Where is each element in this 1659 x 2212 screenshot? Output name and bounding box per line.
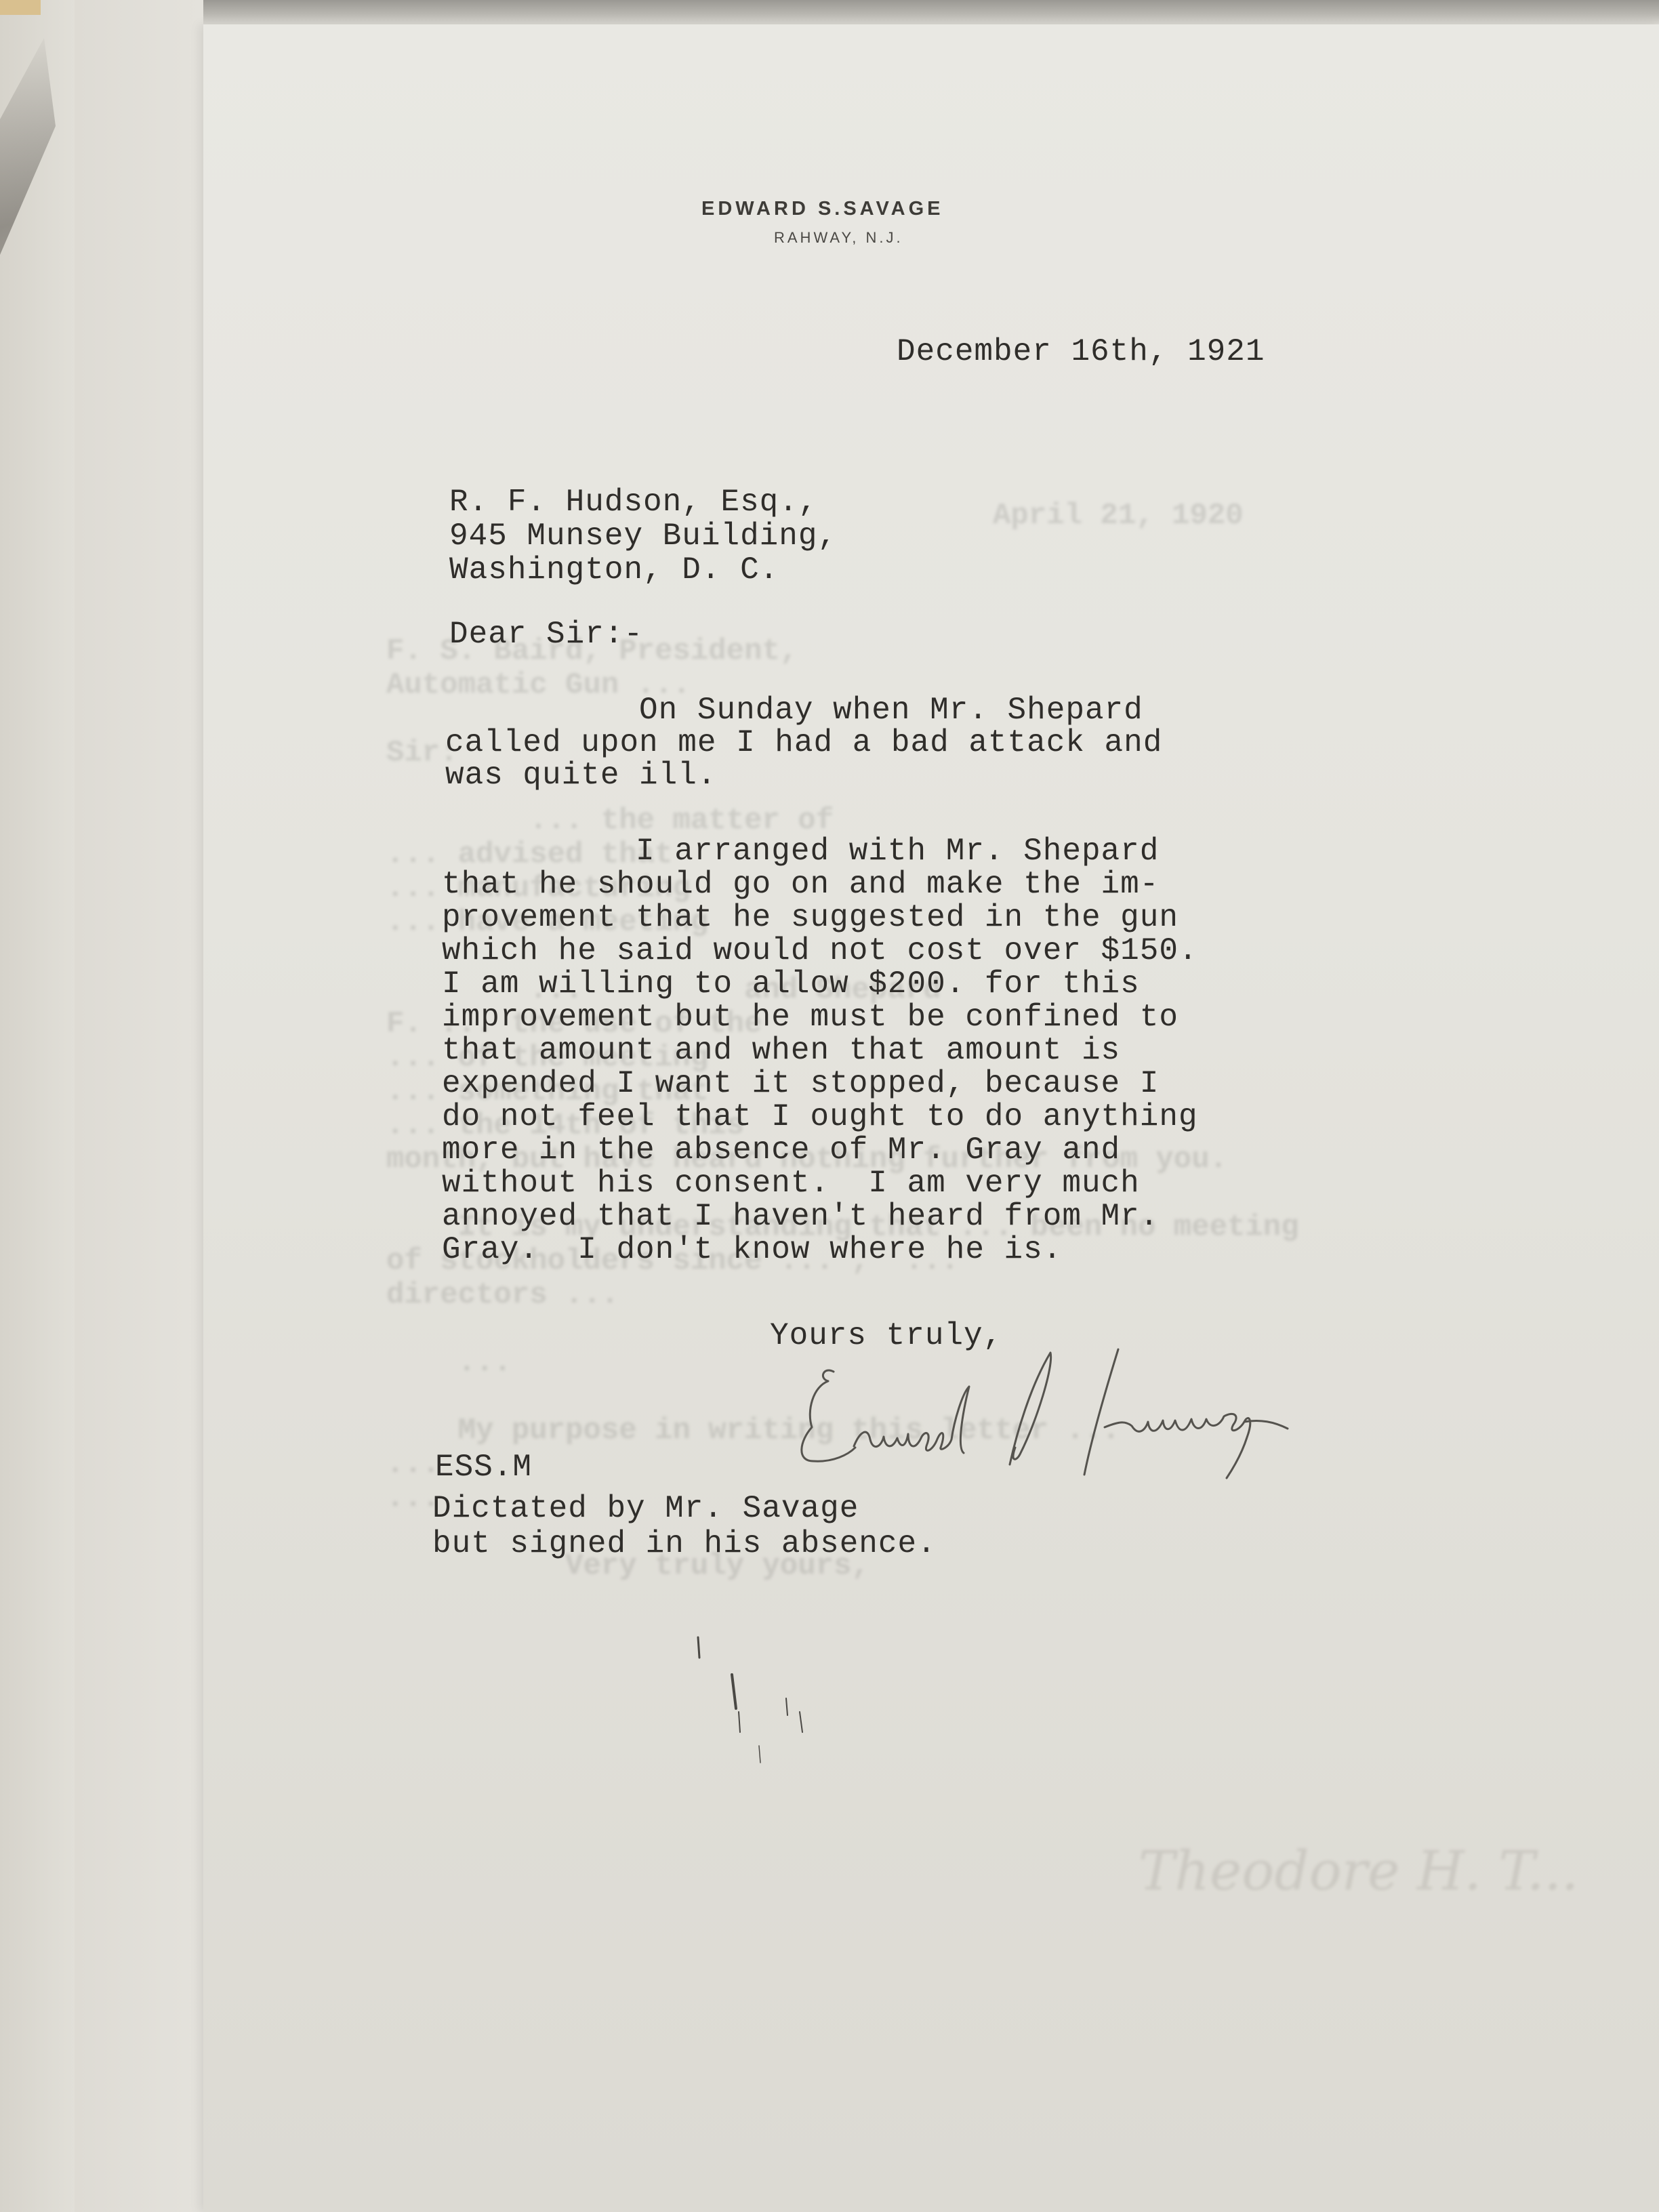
recipient-address: R. F. Hudson, Esq.,945 Munsey Building,W… (449, 485, 837, 587)
paragraph-line: which he said would not cost over $150. (442, 935, 1198, 968)
typist-initials: ESS.M (435, 1450, 532, 1484)
paragraph-line: expended I want it stopped, because I (442, 1067, 1198, 1101)
tape-corner (0, 0, 41, 15)
paragraph-line: more in the absence of Mr. Gray and (442, 1134, 1198, 1167)
dictation-note-line-1: Dictated by Mr. Savage (432, 1491, 937, 1526)
letter-date: December 16th, 1921 (897, 335, 1265, 369)
paragraph-line: that amount and when that amount is (442, 1034, 1198, 1067)
top-sheet-edge (203, 0, 1659, 27)
bleed-through-date: April 21, 1920 (993, 499, 1244, 533)
dictation-note-line-2: but signed in his absence. (432, 1526, 937, 1561)
paragraph-2: I arranged with Mr. Shepardthat he shoul… (442, 835, 1198, 1267)
paragraph-line: called upon me I had a bad attack and (445, 726, 1162, 759)
recipient-city: Washington, D. C. (449, 553, 837, 587)
stray-ink-marks (644, 1631, 881, 1766)
paragraph-line: improvement but he must be confined to (442, 1001, 1198, 1034)
underlying-sheet (0, 0, 75, 2212)
paragraph-line: Gray. I don't know where he is. (442, 1233, 1198, 1267)
paragraph-line: On Sunday when Mr. Shepard (445, 694, 1162, 726)
recipient-street: 945 Munsey Building, (449, 519, 837, 553)
paragraph-line: was quite ill. (445, 759, 1162, 792)
paragraph-line: do not feel that I ought to do anything (442, 1101, 1198, 1134)
paragraph-line: annoyed that I haven't heard from Mr. (442, 1200, 1198, 1233)
letterhead-place: RAHWAY, N.J. (774, 229, 903, 247)
handwritten-signature (786, 1346, 1301, 1481)
dictation-note: Dictated by Mr. Savagebut signed in his … (432, 1491, 937, 1561)
paragraph-line: I arranged with Mr. Shepard (442, 835, 1198, 868)
letterhead-name: EDWARD S.SAVAGE (701, 198, 944, 220)
salutation: Dear Sir:- (449, 617, 643, 651)
photo-scene: April 21, 1920 F. S. Baird, President, A… (0, 0, 1659, 2212)
paragraph-line: that he should go on and make the im- (442, 868, 1198, 901)
paragraph-1: On Sunday when Mr. Shepardcalled upon me… (445, 694, 1162, 792)
paragraph-line: without his consent. I am very much (442, 1167, 1198, 1200)
bleed-through-signature: Theodore H. T... (1139, 1854, 1578, 1888)
paragraph-line: provement that he suggested in the gun (442, 901, 1198, 935)
recipient-name: R. F. Hudson, Esq., (449, 485, 837, 519)
paragraph-line: I am willing to allow $200. for this (442, 968, 1198, 1001)
letter-page: April 21, 1920 F. S. Baird, President, A… (203, 24, 1659, 2212)
